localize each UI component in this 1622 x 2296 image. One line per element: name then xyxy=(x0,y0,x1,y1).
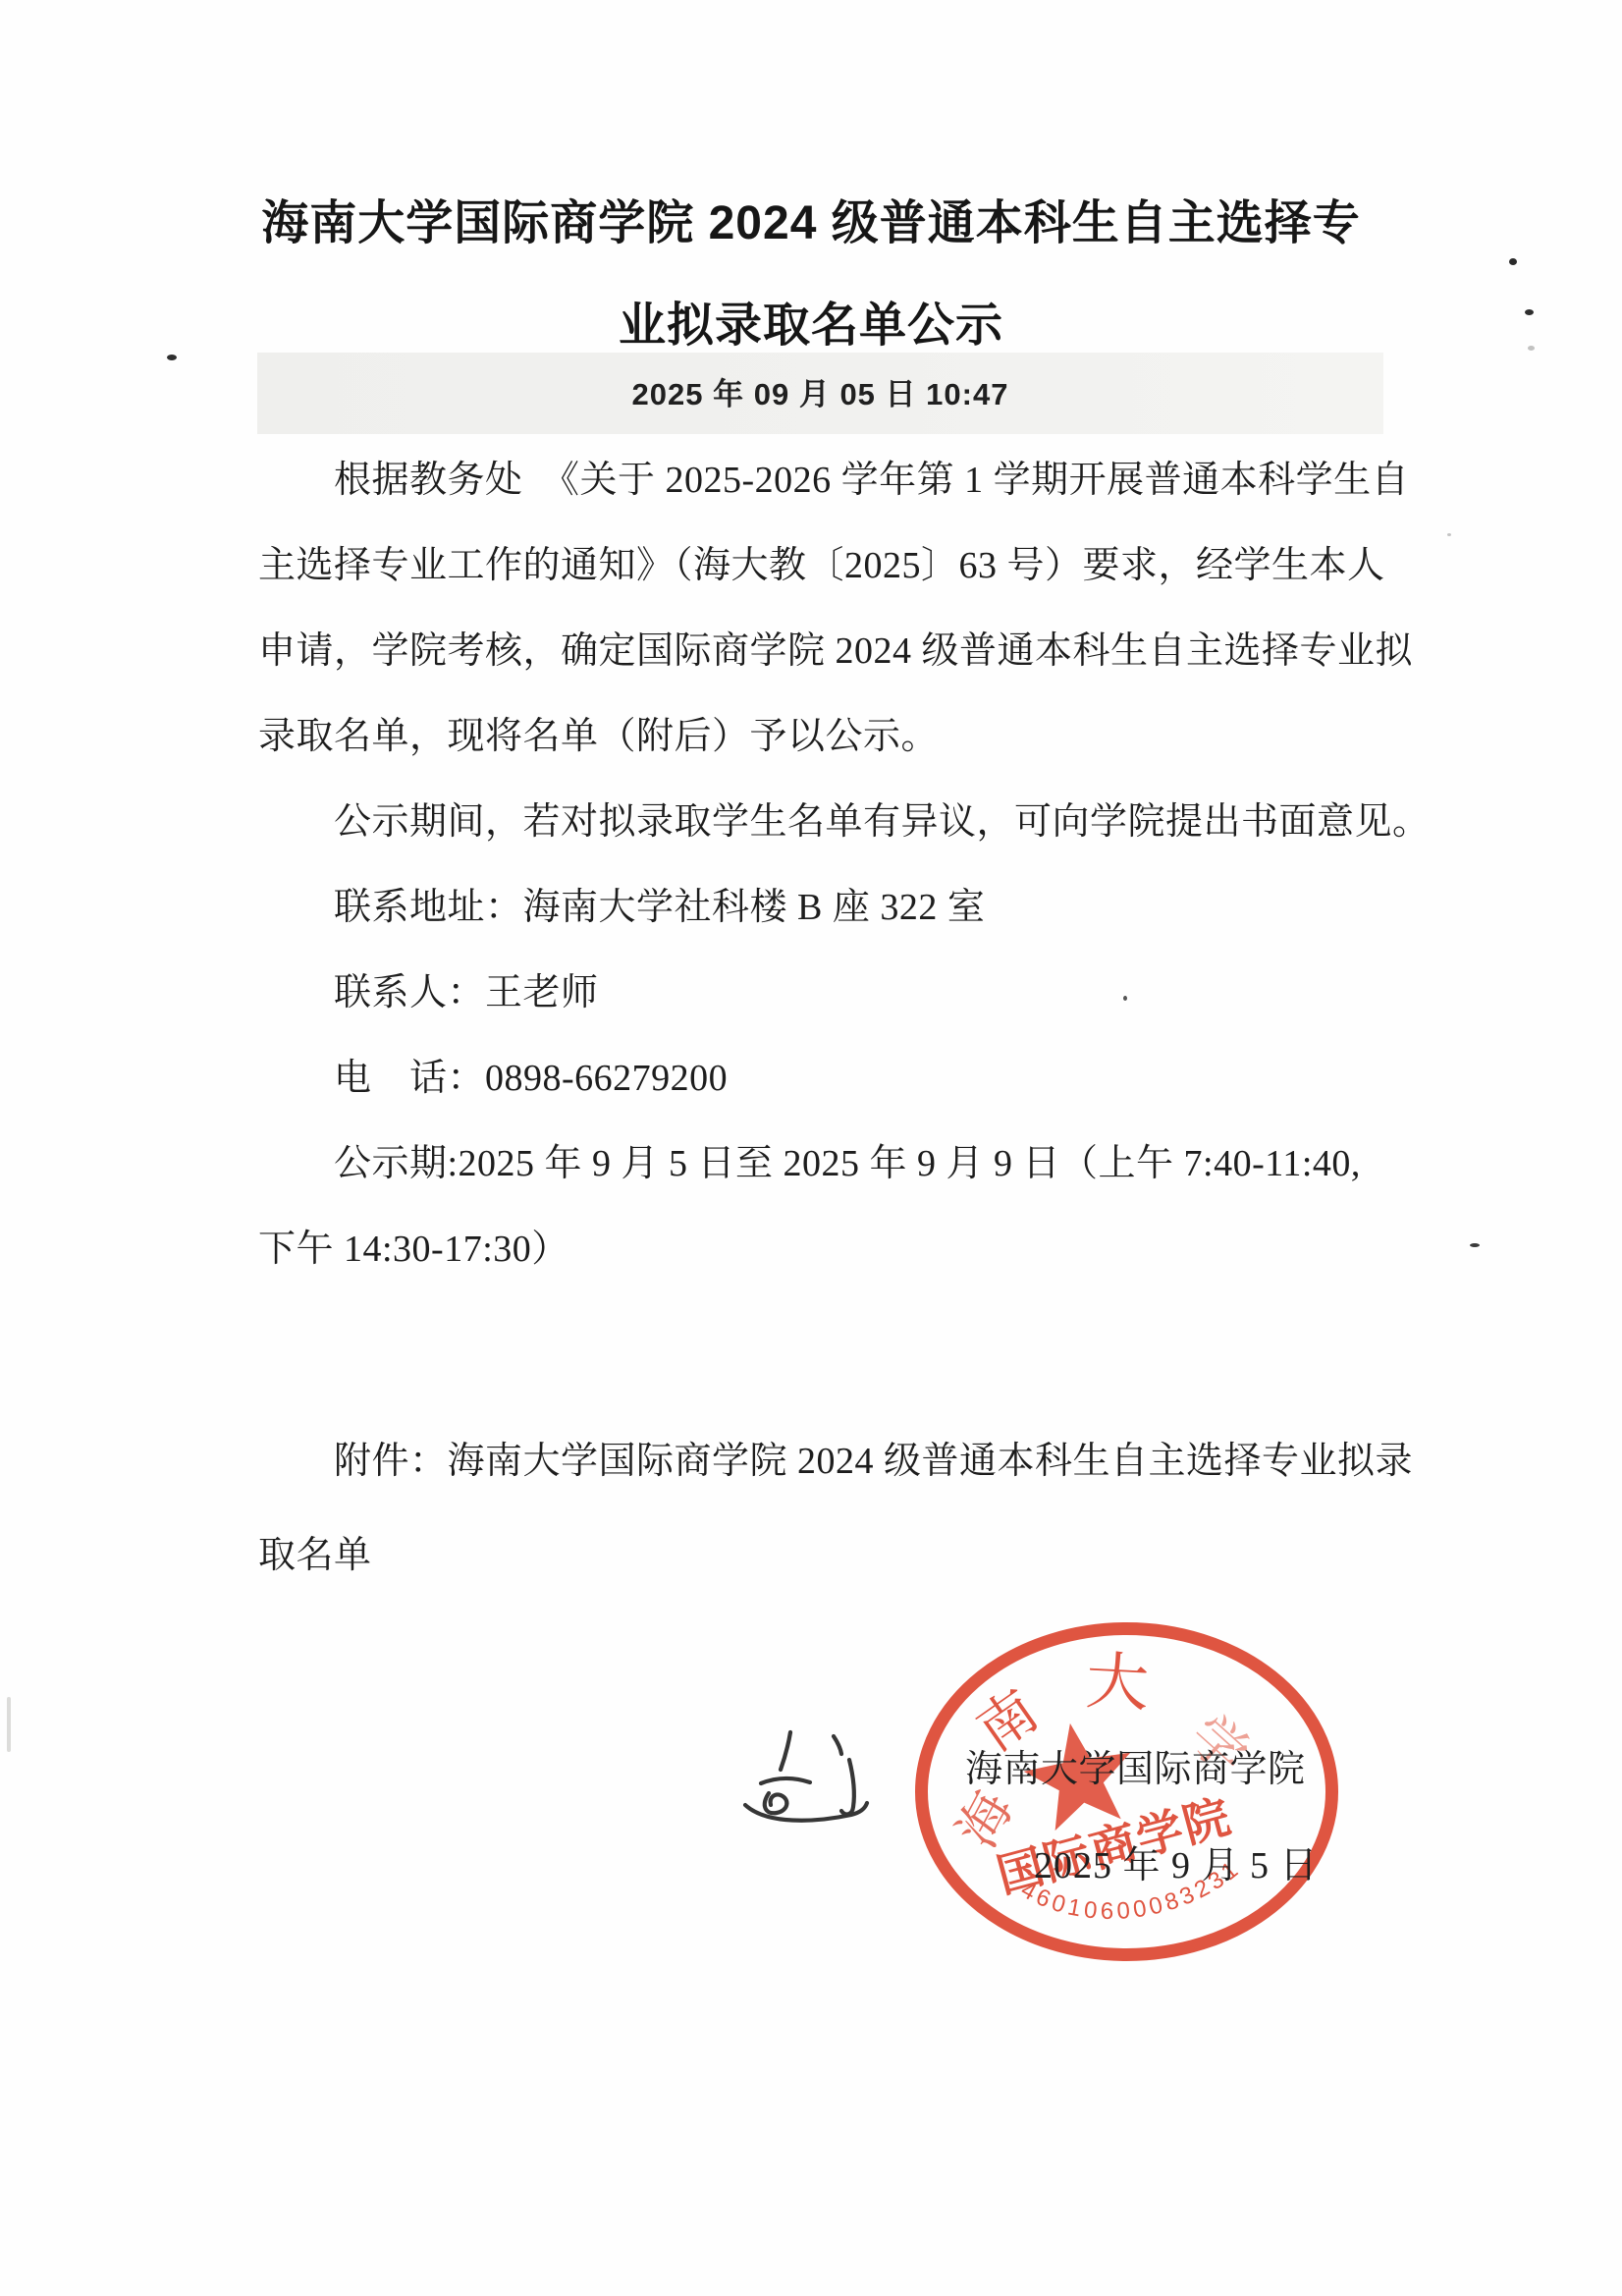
body-line: 联系地址：海南大学社科楼 B 座 322 室 xyxy=(258,865,1397,951)
scan-speck xyxy=(1123,996,1127,1001)
seal-arc-char: 大 xyxy=(1084,1646,1151,1719)
scan-smudge xyxy=(7,1697,11,1752)
attachment-line: 取名单 xyxy=(258,1508,1397,1603)
attachment-note: 附件：海南大学国际商学院 2024 级普通本科生自主选择专业拟录 取名单 xyxy=(258,1414,1397,1603)
document-title: 海南大学国际商学院 2024 级普通本科生自主选择专 业拟录取名单公示 xyxy=(0,173,1622,377)
body-line: 申请，学院考核，确定国际商学院 2024 级普通本科生自主选择专业拟 xyxy=(258,609,1397,694)
scan-speck xyxy=(167,355,177,360)
title-line-2: 业拟录取名单公示 xyxy=(0,275,1622,377)
body-line: 公示期:2025 年 9 月 5 日至 2025 年 9 月 9 日（上午 7:… xyxy=(258,1121,1397,1207)
scan-speck xyxy=(1447,533,1451,536)
body-line: 电 话：0898-66279200 xyxy=(258,1036,1397,1121)
seal-arc-char: 海 xyxy=(947,1782,1024,1857)
body-line: 主选择专业工作的通知》（海大教〔2025〕63 号）要求，经学生本人 xyxy=(258,523,1397,609)
scan-speck xyxy=(1525,309,1534,315)
title-line-1: 海南大学国际商学院 2024 级普通本科生自主选择专 xyxy=(0,173,1622,275)
issuer-name: 海南大学国际商学院 xyxy=(965,1738,1306,1792)
scan-speck xyxy=(1509,258,1517,265)
scan-speck xyxy=(1470,1243,1480,1247)
body-line: 下午 14:30-17:30） xyxy=(258,1207,1397,1292)
official-seal-stamp: 海 南 大 学 国际商学院 46010600083231 xyxy=(903,1611,1355,1984)
scan-speck xyxy=(1528,346,1535,351)
body-line: 录取名单，现将名单（附后）予以公示。 xyxy=(258,694,1397,780)
body-line: 联系人：王老师 xyxy=(258,951,1397,1036)
issue-date: 2025 年 9 月 5 日 xyxy=(1034,1834,1319,1888)
handwritten-signature xyxy=(731,1721,889,1838)
body-line: 根据教务处 《关于 2025-2026 学年第 1 学期开展普通本科学生自 xyxy=(258,438,1397,523)
body-line: 公示期间，若对拟录取学生名单有异议，可向学院提出书面意见。 xyxy=(258,780,1397,865)
attachment-line: 附件：海南大学国际商学院 2024 级普通本科生自主选择专业拟录 xyxy=(258,1414,1397,1508)
scanned-document-page: 海南大学国际商学院 2024 级普通本科生自主选择专 业拟录取名单公示 2025… xyxy=(0,0,1622,2296)
document-body: 根据教务处 《关于 2025-2026 学年第 1 学期开展普通本科学生自 主选… xyxy=(258,438,1397,1292)
